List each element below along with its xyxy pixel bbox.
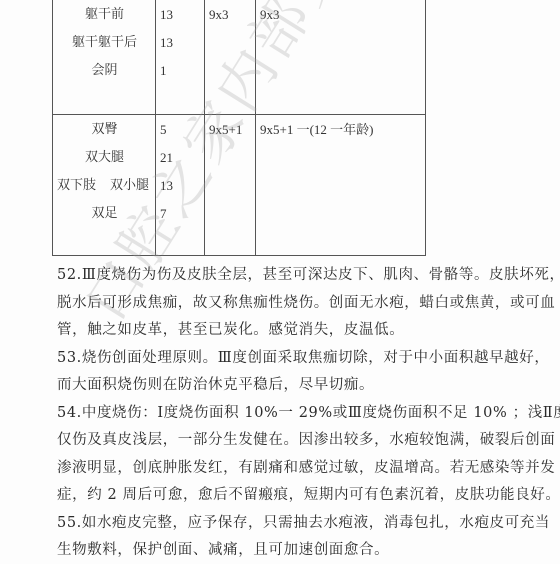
- table-cell-part: 双足: [53, 206, 156, 222]
- table-cell-part-group: 双下肢: [57, 178, 96, 194]
- table-cell-part: 躯干躯干后: [53, 35, 156, 51]
- text-line: 生物敷料，保护创面、减痛，且可加速创面愈合。: [57, 537, 517, 564]
- table-cell-formula: 9x3: [209, 7, 229, 23]
- text-line: 53.烧伤创面处理原则。Ⅲ度创面采取焦痂切除，对于中小面积越早越好，: [57, 345, 517, 373]
- table-cell-part: 会阴: [53, 63, 156, 79]
- table-column-divider: [204, 0, 205, 255]
- text-line: 而大面积烧伤则在防治休克平稳后，尽早切痂。: [57, 372, 517, 400]
- paragraph-53: 53.烧伤创面处理原则。Ⅲ度创面采取焦痂切除，对于中小面积越早越好， 而大面积烧…: [57, 345, 517, 400]
- burn-area-table: 躯干前 13 9x3 9x3 躯干躯干后 13 会阴 1 双臀 5 9x5+1 …: [52, 0, 426, 256]
- text-line: 仅伤及真皮浅层，一部分生发健在。因渗出较多，水疱较饱满，破裂后创面: [57, 427, 517, 455]
- text-line: 管，触之如皮革，甚至已炭化。感觉消失，皮温低。: [57, 317, 517, 345]
- table-cell-child-formula: 9x5+1 一(12 一年龄): [260, 122, 374, 138]
- text-line: 55.如水疱皮完整，应予保存，只需抽去水疱液，消毒包扎，水疱皮可充当: [57, 510, 517, 538]
- table-cell-value: 13: [160, 7, 173, 23]
- table-cell-value: 13: [160, 178, 173, 194]
- text-line: 脱水后可形成焦痂，故又称焦痂性烧伤。创面无水疱，蜡白或焦黄，或可血: [57, 290, 517, 318]
- table-cell-value: 5: [160, 122, 167, 138]
- table-cell-value: 1: [160, 63, 167, 79]
- table-cell-value: 7: [160, 206, 167, 222]
- table-cell-child-formula: 9x3: [260, 7, 280, 23]
- table-cell-value: 21: [160, 150, 173, 166]
- table-row-divider: [53, 114, 425, 115]
- table-cell-value: 13: [160, 35, 173, 51]
- text-line: 54.中度烧伤：Ⅰ度烧伤面积 10%一 29%或Ⅲ度烧伤面积不足 10% ；浅Ⅱ…: [57, 400, 517, 428]
- text-line: 症，约 2 周后可愈，愈后不留瘢痕，短期内可有色素沉着，皮肤功能良好。: [57, 482, 517, 510]
- text-line: 52.Ⅲ度烧伤为伤及皮肤全层，甚至可深达皮下、肌肉、骨骼等。皮肤坏死，: [57, 262, 517, 290]
- text-line: 渗液明显，创底肿胀发红，有剧痛和感觉过敏，皮温增高。若无感染等并发: [57, 455, 517, 483]
- document-page: 躯干前 13 9x3 9x3 躯干躯干后 13 会阴 1 双臀 5 9x5+1 …: [0, 0, 560, 564]
- paragraph-54: 54.中度烧伤：Ⅰ度烧伤面积 10%一 29%或Ⅲ度烧伤面积不足 10% ；浅Ⅱ…: [57, 400, 517, 510]
- table-column-divider: [255, 0, 256, 255]
- table-cell-part: 躯干前: [53, 7, 156, 23]
- table-cell-part: 双小腿: [110, 178, 149, 194]
- table-cell-formula: 9x5+1: [209, 122, 242, 138]
- table-cell-part: 双臀: [53, 122, 156, 138]
- table-cell-part: 双大腿: [53, 150, 156, 166]
- document-body: 52.Ⅲ度烧伤为伤及皮肤全层，甚至可深达皮下、肌肉、骨骼等。皮肤坏死， 脱水后可…: [57, 262, 517, 564]
- paragraph-52: 52.Ⅲ度烧伤为伤及皮肤全层，甚至可深达皮下、肌肉、骨骼等。皮肤坏死， 脱水后可…: [57, 262, 517, 345]
- paragraph-55: 55.如水疱皮完整，应予保存，只需抽去水疱液，消毒包扎，水疱皮可充当 生物敷料，…: [57, 510, 517, 564]
